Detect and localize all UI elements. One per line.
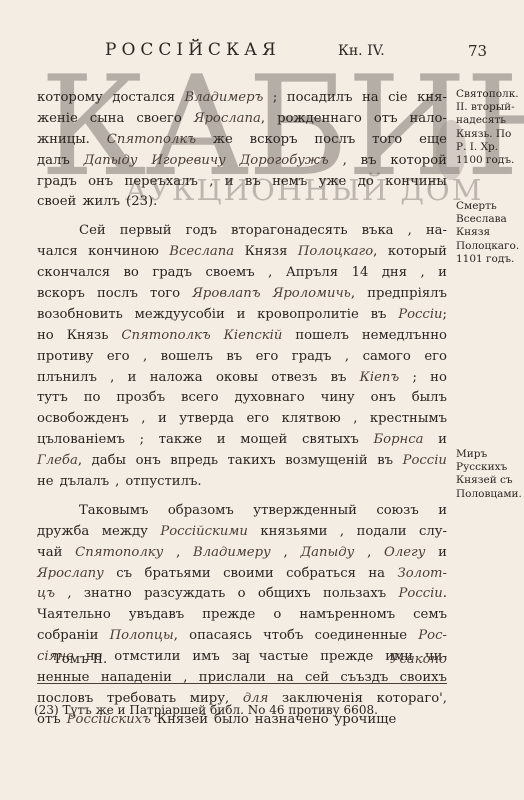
word: отпустилъ. bbox=[125, 472, 201, 493]
word: , bbox=[345, 347, 349, 368]
word: Владимеръ bbox=[185, 88, 264, 109]
running-title: РОССІЙСКАЯ bbox=[105, 40, 281, 60]
word: же bbox=[213, 130, 233, 151]
word: съ bbox=[116, 564, 132, 585]
word: въ bbox=[371, 305, 387, 326]
word: кровопролитіе bbox=[257, 305, 359, 326]
word: , bbox=[141, 409, 145, 430]
word: Дорогобужъ bbox=[240, 151, 329, 172]
word: духовнаго bbox=[234, 388, 304, 409]
word: чался bbox=[37, 242, 78, 263]
word: Князь bbox=[67, 326, 109, 347]
word: своей bbox=[37, 192, 76, 213]
word: наложа bbox=[150, 368, 203, 389]
word: о bbox=[238, 584, 246, 605]
word: , bbox=[408, 221, 412, 242]
word: , bbox=[67, 584, 71, 605]
word: между bbox=[102, 522, 148, 543]
word: о bbox=[273, 605, 281, 626]
text-line: тутъпопрозбъвсегодуховнагочинуонъбылъ bbox=[37, 388, 447, 409]
word: , bbox=[209, 172, 213, 193]
margin-note-vseslav-death: Смерть Всеслава Князя Полоцкаго. 1101 го… bbox=[456, 200, 524, 266]
word: и bbox=[237, 305, 246, 326]
word: Полоцкаго, bbox=[298, 242, 378, 263]
word: Россіи; bbox=[398, 305, 447, 326]
text-line: чалсякончиноюВсеслапаКнязяПолоцкаго,кото… bbox=[37, 242, 447, 263]
text-line: скончалсявоградъсвоемъ,Апръля14дня,и bbox=[37, 263, 447, 284]
word: Кіепъ bbox=[360, 368, 400, 389]
word: его bbox=[256, 347, 279, 368]
word: Кіепскій bbox=[224, 326, 283, 347]
word: и bbox=[438, 501, 447, 522]
word: и bbox=[438, 263, 447, 284]
word: семъ bbox=[413, 605, 447, 626]
word: утвержденный bbox=[253, 501, 357, 522]
word: пошелъ bbox=[295, 326, 349, 347]
text-line: своейжилъ(23). bbox=[37, 192, 447, 213]
text-line: собраніиПолопцы,опасаясьчтобъсоединенные… bbox=[37, 626, 447, 647]
word: Апръля bbox=[286, 263, 338, 284]
word: , bbox=[143, 347, 147, 368]
word: дълалъ bbox=[60, 472, 110, 493]
word: кончиною bbox=[88, 242, 159, 263]
word: возмущеній bbox=[285, 451, 367, 472]
text-line: противуего,вошелъвъегоградъ,самогоего bbox=[37, 347, 447, 368]
word: его bbox=[107, 347, 130, 368]
margin-note-sviatopolk: Святополк. II. вторый-надесять Князь. По… bbox=[456, 88, 524, 167]
word: градъ bbox=[152, 263, 192, 284]
word: Спятополкъ bbox=[107, 130, 196, 151]
word: Спятополкъ bbox=[121, 326, 210, 347]
word: междуусобіи bbox=[135, 305, 225, 326]
text-line: вскоръпослътогоЯровлапъЯроломичь,предпрі… bbox=[37, 284, 447, 305]
sheet-mark: I bbox=[245, 652, 250, 667]
word: прозбъ bbox=[116, 388, 165, 409]
word: женіе bbox=[37, 109, 78, 130]
word: немедлънно bbox=[362, 326, 447, 347]
word: кня- bbox=[417, 88, 447, 109]
word: Рос- bbox=[418, 626, 447, 647]
word: дружба bbox=[37, 522, 89, 543]
text-line: ноКнязьСпятополкъКіепскійпошелънемедлънн… bbox=[37, 326, 447, 347]
word: Полопцы, bbox=[110, 626, 178, 647]
word: того bbox=[372, 130, 402, 151]
word: вскоръ bbox=[250, 130, 298, 151]
word: того bbox=[150, 284, 180, 305]
word: достался bbox=[112, 88, 175, 109]
text-line: цълованіемъ;такжеимощейсвятыхъБорнсаи bbox=[37, 430, 447, 451]
word: по bbox=[84, 388, 101, 409]
word: подали bbox=[357, 522, 407, 543]
word: Россіи bbox=[403, 451, 447, 472]
word: его bbox=[246, 409, 269, 430]
word: Золот- bbox=[398, 564, 447, 585]
catchword: Усакопо bbox=[390, 652, 447, 667]
text-line: Таковымъобразомъутвержденныйсоюзъи bbox=[37, 501, 447, 522]
body-text: которомудосталсяВладимеръ;посадилънасіек… bbox=[37, 88, 447, 731]
word: намъренномъ bbox=[299, 605, 395, 626]
word: во bbox=[123, 263, 138, 284]
word: освобожденъ bbox=[37, 409, 129, 430]
word: ; bbox=[140, 430, 144, 451]
text-line: жницы.Спятополкъжевскоръпослътогоеще bbox=[37, 130, 447, 151]
word: въ bbox=[377, 451, 393, 472]
word: собраться bbox=[286, 564, 356, 585]
word: мощей bbox=[240, 430, 287, 451]
word: Владимеру bbox=[193, 543, 271, 564]
word: прежде bbox=[202, 605, 255, 626]
word: Спятополку bbox=[75, 543, 163, 564]
word: нало- bbox=[410, 109, 447, 130]
text-line: возобновитьмеждуусобіиикровопролитіевъРо… bbox=[37, 305, 447, 326]
word: на bbox=[368, 564, 385, 585]
text-line: недълалъ,отпустилъ. bbox=[37, 472, 447, 493]
word: не bbox=[37, 472, 54, 493]
word: далъ bbox=[37, 151, 70, 172]
running-head: РОССІЙСКАЯ Кн. IV. 73 bbox=[0, 38, 524, 68]
word: плънилъ bbox=[37, 368, 97, 389]
word: слу- bbox=[419, 522, 447, 543]
word: чтобъ bbox=[263, 626, 303, 647]
word: еще bbox=[419, 130, 447, 151]
word: (23). bbox=[126, 192, 157, 213]
word: также bbox=[159, 430, 202, 451]
word: , bbox=[115, 472, 119, 493]
text-line: цъ,знатноразсуждатьообщихъпользахъРоссіи… bbox=[37, 584, 447, 605]
word: первый bbox=[120, 221, 172, 242]
word: клятвою bbox=[282, 409, 341, 430]
word: вторагонадесять bbox=[231, 221, 348, 242]
word: на- bbox=[426, 221, 447, 242]
word: опасаясь bbox=[189, 626, 252, 647]
word: отъ bbox=[374, 109, 398, 130]
word: градъ bbox=[37, 172, 77, 193]
word: крестнымъ bbox=[370, 409, 447, 430]
word: но bbox=[430, 368, 447, 389]
word: Чаятельно bbox=[37, 605, 111, 626]
word: Ярослапу bbox=[37, 564, 104, 585]
footnote: (23) Тутъ же и Патріаршей библ. No 46 пр… bbox=[34, 703, 378, 717]
word: предпріялъ bbox=[367, 284, 447, 305]
word: и bbox=[438, 430, 447, 451]
word: былъ bbox=[412, 388, 447, 409]
signature-line: Томъ II. I Усакопо bbox=[37, 652, 447, 672]
word: до bbox=[358, 172, 374, 193]
word: и bbox=[438, 543, 447, 564]
word: ; bbox=[412, 368, 416, 389]
word: , bbox=[268, 263, 272, 284]
text-line: плънилъ,иналожаоковыотвезъвъКіепъ;но bbox=[37, 368, 447, 389]
word: оковы bbox=[216, 368, 258, 389]
word: который bbox=[388, 242, 447, 263]
word: жилъ bbox=[82, 192, 120, 213]
paragraph-gap bbox=[37, 493, 447, 501]
word: впредь bbox=[170, 451, 218, 472]
word: и bbox=[158, 409, 167, 430]
word: послъ bbox=[97, 284, 138, 305]
text-line: Сейпервыйгодъвторагонадесятьвъка,на- bbox=[37, 221, 447, 242]
volume-label: Томъ II. bbox=[53, 652, 107, 667]
word: на bbox=[362, 88, 379, 109]
word: братьями bbox=[145, 564, 211, 585]
text-line: ЯрослапусъбратьямисвоимисобратьсянаЗолот… bbox=[37, 564, 447, 585]
book-number: Кн. IV. bbox=[338, 43, 385, 59]
word: соединенные bbox=[315, 626, 408, 647]
book-page: КАБИНЕТЪ АУКЦИОННЫЙ ДОМ РОССІЙСКАЯ Кн. I… bbox=[0, 0, 524, 800]
word: , bbox=[421, 263, 425, 284]
text-line: дружбамеждуРоссійскимикнязьями,подалислу… bbox=[37, 522, 447, 543]
word: чину bbox=[321, 388, 355, 409]
word: сына bbox=[90, 109, 125, 130]
margin-note-peace-polovtsy: Миръ Русскихъ Князей съ Половцами. bbox=[456, 448, 524, 501]
word: рожденнаго bbox=[277, 109, 362, 130]
word: своего bbox=[136, 109, 181, 130]
word: въ bbox=[331, 368, 347, 389]
word: Таковымъ bbox=[79, 501, 148, 522]
word: Яровлапъ bbox=[192, 284, 260, 305]
text-line: далъДапыдуИгоревичуДорогобужъ,въкоторой bbox=[37, 151, 447, 172]
word: увъдавъ bbox=[129, 605, 184, 626]
word: годъ bbox=[186, 221, 217, 242]
word: градъ bbox=[292, 347, 332, 368]
word: цъ bbox=[37, 584, 55, 605]
word: Дапыду bbox=[300, 543, 354, 564]
word: Россійскими bbox=[160, 522, 247, 543]
word: Россіи. bbox=[399, 584, 448, 605]
word: жницы. bbox=[37, 130, 90, 151]
word: , bbox=[367, 543, 371, 564]
word: онъ bbox=[88, 172, 113, 193]
word: своемъ bbox=[206, 263, 255, 284]
word: Князя bbox=[245, 242, 288, 263]
word: въ bbox=[361, 151, 377, 172]
word: Сей bbox=[79, 221, 106, 242]
word: Дапыду bbox=[84, 151, 138, 172]
word: союзъ bbox=[376, 501, 418, 522]
word: и bbox=[128, 368, 137, 389]
word: противу bbox=[37, 347, 93, 368]
word: знатно bbox=[84, 584, 132, 605]
word: которой bbox=[390, 151, 447, 172]
word: своими bbox=[223, 564, 274, 585]
word: цълованіемъ bbox=[37, 430, 125, 451]
text-line: которомудосталсяВладимеръ;посадилънасіек… bbox=[37, 88, 447, 109]
word: чай bbox=[37, 543, 62, 564]
word: утверда bbox=[179, 409, 234, 430]
word: переъхалъ bbox=[125, 172, 198, 193]
text-line: чайСпятополку,Владимеру,Дапыду,Олегуи bbox=[37, 543, 447, 564]
word: дабы bbox=[92, 451, 126, 472]
word: Игоревичу bbox=[151, 151, 225, 172]
word: образомъ bbox=[168, 501, 234, 522]
word: , bbox=[283, 543, 287, 564]
word: посадилъ bbox=[287, 88, 353, 109]
word: Всеслапа bbox=[169, 242, 234, 263]
word: и bbox=[217, 430, 226, 451]
word: но bbox=[37, 326, 54, 347]
text-line: женіесынасвоегоЯрослапа,рожденнагоотънал… bbox=[37, 109, 447, 130]
word: его bbox=[424, 347, 447, 368]
word: котораго', bbox=[377, 689, 447, 710]
word: разсуждать bbox=[144, 584, 225, 605]
word: такихъ bbox=[228, 451, 276, 472]
word: , bbox=[353, 409, 357, 430]
word: Яроломичь, bbox=[273, 284, 355, 305]
word: въка bbox=[362, 221, 394, 242]
word: князьями bbox=[260, 522, 327, 543]
word: дня bbox=[382, 263, 407, 284]
word: ; bbox=[273, 88, 277, 109]
text-line: градъонъпереъхалъ,ивънемъужедокончины bbox=[37, 172, 447, 193]
word: тутъ bbox=[37, 388, 68, 409]
word: послъ bbox=[314, 130, 355, 151]
word: онъ bbox=[371, 388, 396, 409]
word: общихъ bbox=[258, 584, 311, 605]
word: скончался bbox=[37, 263, 110, 284]
word: , bbox=[343, 151, 347, 172]
word: отвезъ bbox=[271, 368, 317, 389]
word: пользахъ bbox=[323, 584, 386, 605]
word: святыхъ bbox=[302, 430, 359, 451]
word: вскоръ bbox=[37, 284, 85, 305]
word: которому bbox=[37, 88, 103, 109]
paragraph-gap bbox=[37, 213, 447, 221]
word: самого bbox=[363, 347, 411, 368]
word: Борнса bbox=[373, 430, 423, 451]
word: сіе bbox=[388, 88, 407, 109]
word: возобновить bbox=[37, 305, 123, 326]
text-line: Чаятельноувъдавъпреждеонамъренномъсемъ bbox=[37, 605, 447, 626]
text-line: освобожденъ,иутвердаегоклятвою,крестнымъ bbox=[37, 409, 447, 430]
word: въ bbox=[245, 172, 261, 193]
word: немъ bbox=[272, 172, 307, 193]
word: 14 bbox=[352, 263, 369, 284]
word: всего bbox=[181, 388, 218, 409]
word: , bbox=[110, 368, 114, 389]
page-number: 73 bbox=[468, 42, 487, 60]
word: Ярослапа, bbox=[194, 109, 265, 130]
word: собраніи bbox=[37, 626, 98, 647]
footnote-rule bbox=[37, 683, 447, 684]
word: , bbox=[176, 543, 180, 564]
word: , bbox=[340, 522, 344, 543]
text-line: Глеба,дабыонъвпредьтакихъвозмущенійвъРос… bbox=[37, 451, 447, 472]
word: и bbox=[225, 172, 234, 193]
word: въ bbox=[226, 347, 242, 368]
word: кончины bbox=[385, 172, 447, 193]
word: онъ bbox=[136, 451, 161, 472]
word: уже bbox=[319, 172, 347, 193]
word: Глеба, bbox=[37, 451, 82, 472]
word: Олегу bbox=[384, 543, 425, 564]
word: вошелъ bbox=[161, 347, 213, 368]
